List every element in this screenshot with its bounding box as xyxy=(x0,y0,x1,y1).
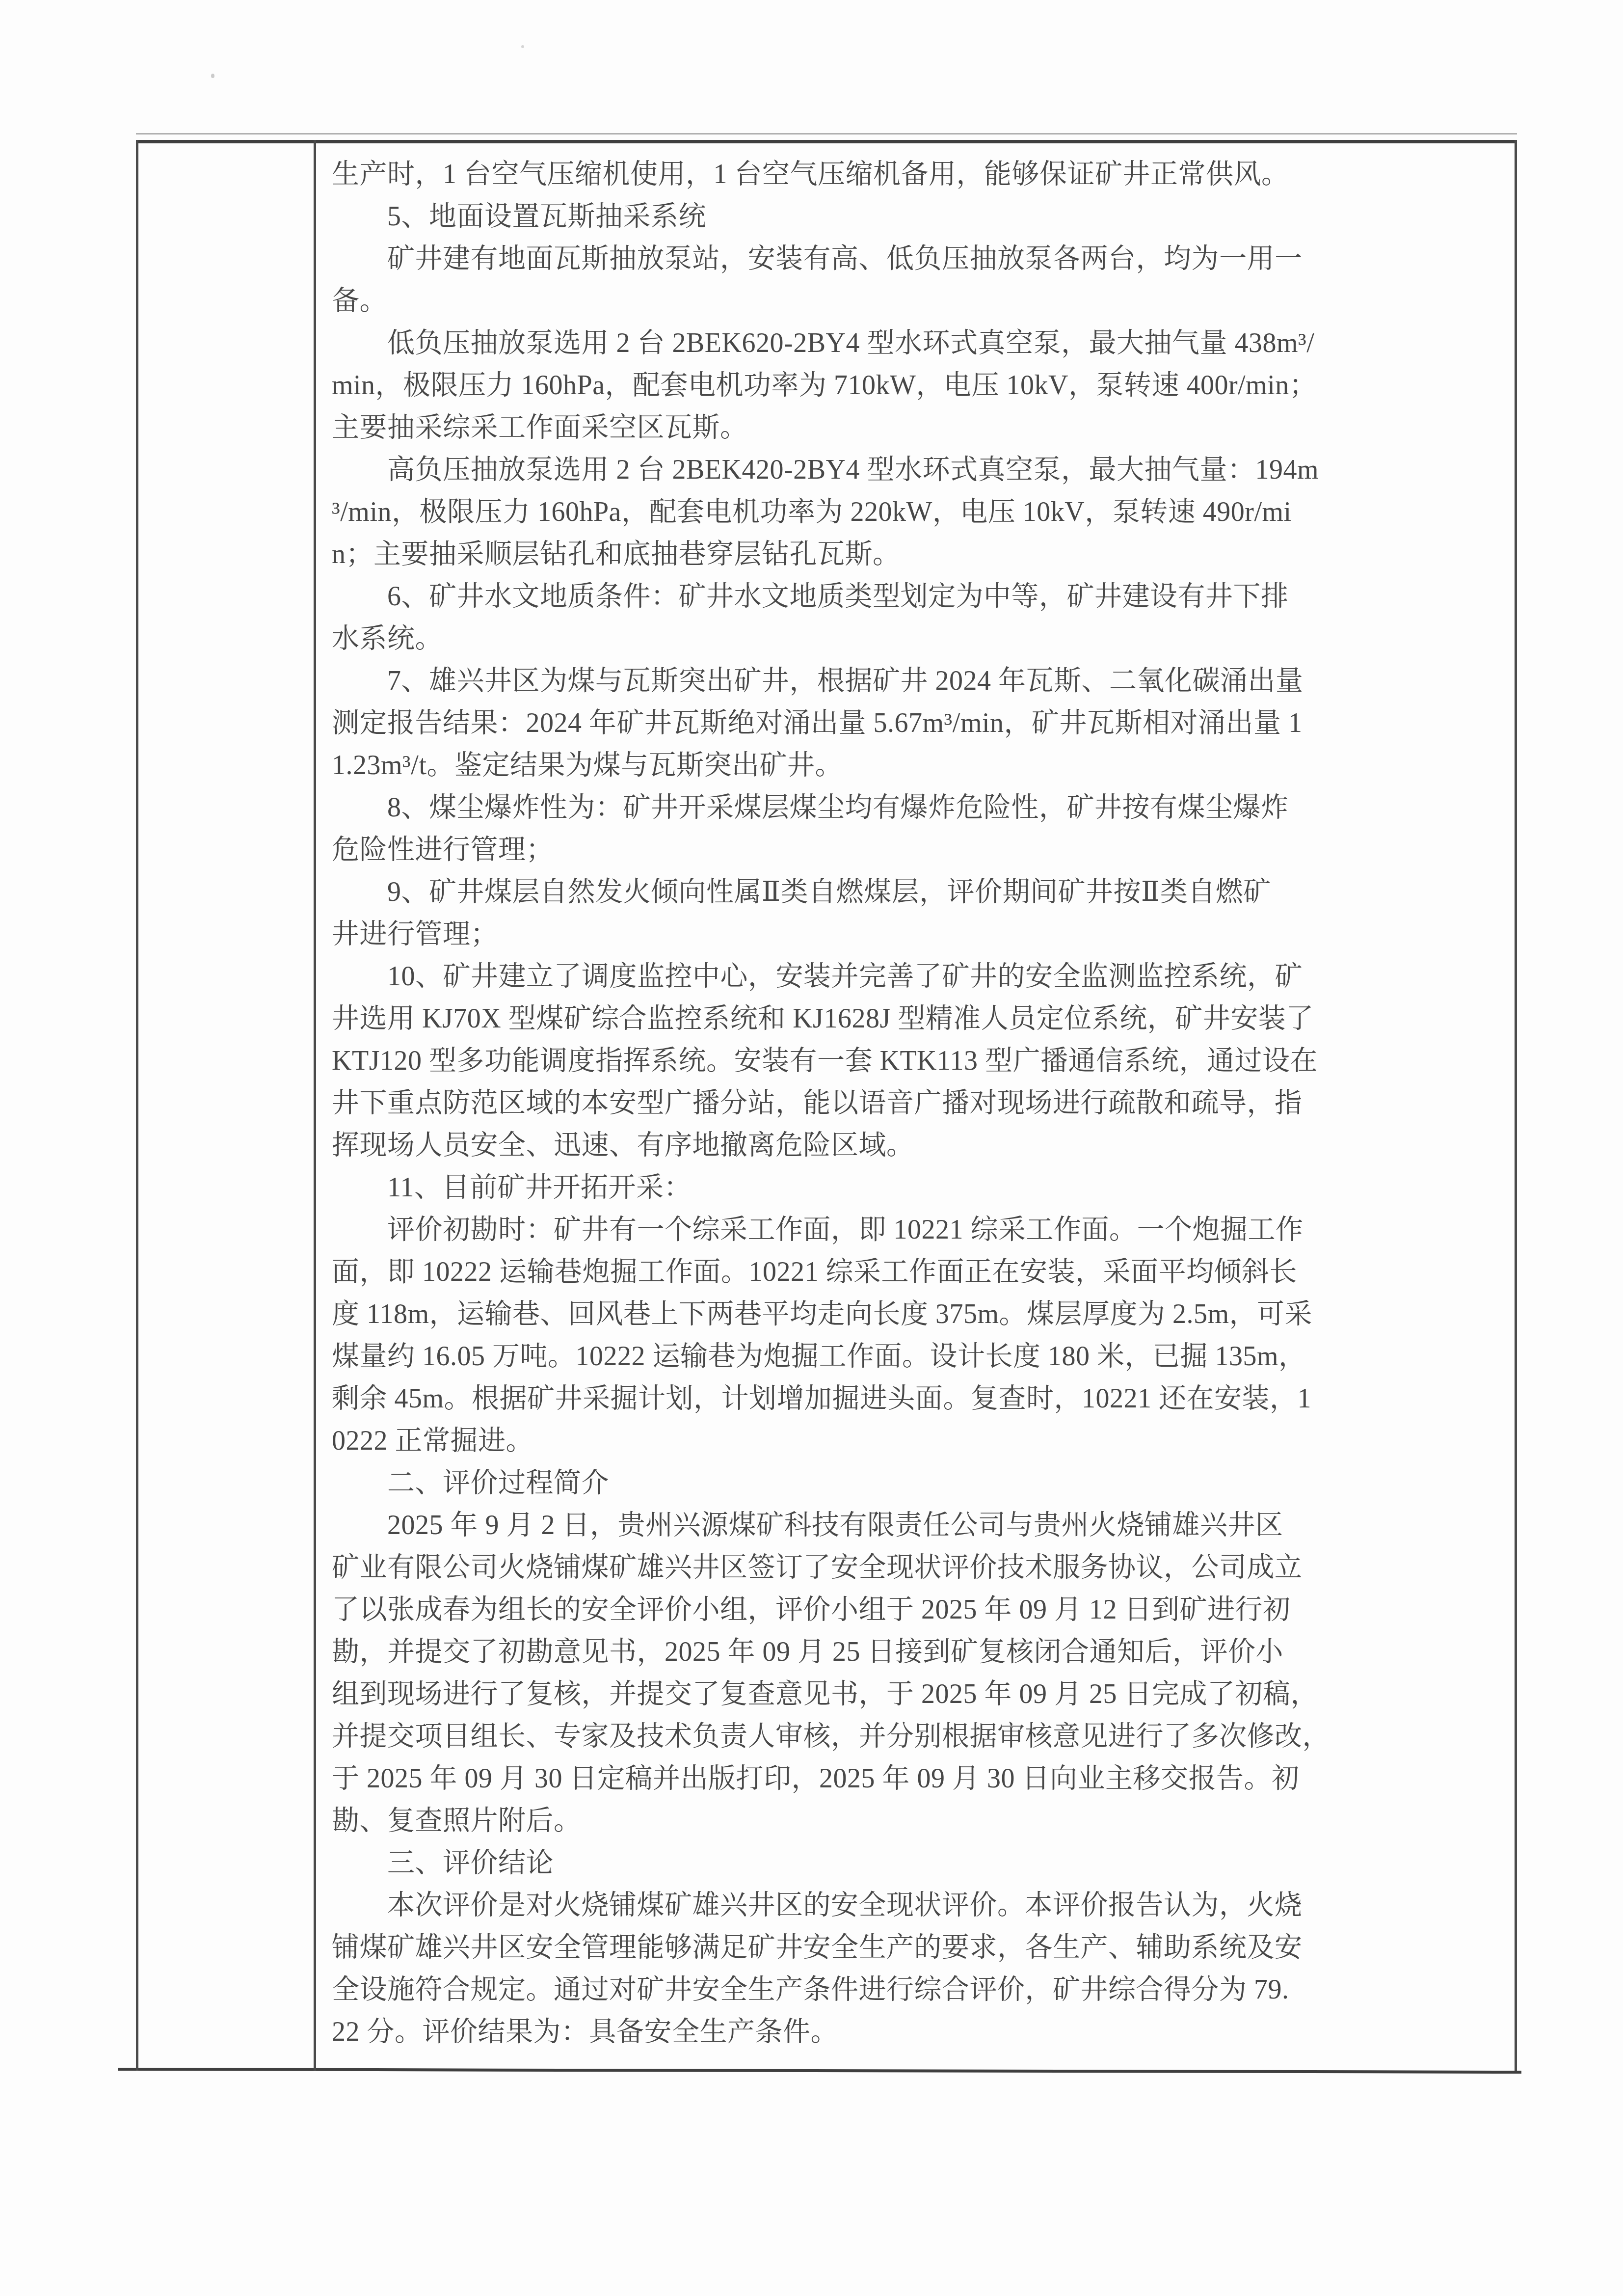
text-line: 挥现场人员安全、迅速、有序地撤离危险区域。 xyxy=(332,1124,1510,1166)
table-right-border xyxy=(1515,140,1517,2071)
text-line: min，极限压力 160hPa，配套电机功率为 710kW，电压 10kV，泵转… xyxy=(332,364,1510,406)
text-line: KTJ120 型多功能调度指挥系统。安装有一套 KTK113 型广播通信系统，通… xyxy=(332,1040,1510,1082)
text-line: 了以张成春为组长的安全评价小组，评价小组于 2025 年 09 月 12 日到矿… xyxy=(332,1589,1510,1631)
text-line: 度 118m，运输巷、回风巷上下两巷平均走向长度 375m。煤层厚度为 2.5m… xyxy=(332,1293,1510,1335)
text-line: 铺煤矿雄兴井区安全管理能够满足矿井安全生产的要求，各生产、辅助系统及安 xyxy=(332,1926,1510,1969)
text-line: 10、矿井建立了调度监控中心，安装并完善了矿井的安全监测监控系统，矿 xyxy=(332,955,1510,998)
text-line: 组到现场进行了复核，并提交了复查意见书，于 2025 年 09 月 25 日完成… xyxy=(332,1673,1510,1715)
table-top-border xyxy=(136,140,1517,143)
text-line: 矿业有限公司火烧铺煤矿雄兴井区签订了安全现状评价技术服务协议，公司成立 xyxy=(332,1546,1510,1589)
text-line: 井进行管理； xyxy=(332,913,1510,955)
text-line: 二、评价过程简介 xyxy=(332,1462,1510,1504)
text-line: 本次评价是对火烧铺煤矿雄兴井区的安全现状评价。本评价报告认为，火烧 xyxy=(332,1884,1510,1926)
table-bottom-border xyxy=(118,2068,1521,2074)
text-line: 井下重点防范区域的本安型广播分站，能以语音广播对现场进行疏散和疏导，指 xyxy=(332,1082,1510,1124)
text-line: 8、煤尘爆炸性为：矿井开采煤层煤尘均有爆炸危险性，矿井按有煤尘爆炸 xyxy=(332,786,1510,829)
text-line: 评价初勘时：矿井有一个综采工作面，即 10221 综采工作面。一个炮掘工作 xyxy=(332,1209,1510,1251)
row-label-cell xyxy=(138,143,314,2068)
text-line: 高负压抽放泵选用 2 台 2BEK420-2BY4 型水环式真空泵，最大抽气量：… xyxy=(332,449,1510,491)
text-line: 危险性进行管理； xyxy=(332,829,1510,871)
text-line: 9、矿井煤层自然发火倾向性属Ⅱ类自燃煤层，评价期间矿井按Ⅱ类自燃矿 xyxy=(332,871,1510,913)
text-line: 勘，并提交了初勘意见书，2025 年 09 月 25 日接到矿复核闭合通知后，评… xyxy=(332,1631,1510,1673)
table-top-border-ghost xyxy=(136,133,1517,135)
text-line: 矿井建有地面瓦斯抽放泵站，安装有高、低负压抽放泵各两台，均为一用一 xyxy=(332,238,1510,280)
text-line: 主要抽采综采工作面采空区瓦斯。 xyxy=(332,406,1510,449)
text-line: 低负压抽放泵选用 2 台 2BEK620-2BY4 型水环式真空泵，最大抽气量 … xyxy=(332,322,1510,364)
text-line: 6、矿井水文地质条件：矿井水文地质类型划定为中等，矿井建设有井下排 xyxy=(332,575,1510,618)
text-line: 于 2025 年 09 月 30 日定稿并出版打印，2025 年 09 月 30… xyxy=(332,1757,1510,1800)
text-line: 剩余 45m。根据矿井采掘计划，计划增加掘进头面。复查时，10221 还在安装，… xyxy=(332,1378,1510,1420)
text-line: 全设施符合规定。通过对矿井安全生产条件进行综合评价，矿井综合得分为 79. xyxy=(332,1969,1510,2011)
text-line: 备。 xyxy=(332,280,1510,322)
text-line: 面，即 10222 运输巷炮掘工作面。10221 综采工作面正在安装，采面平均倾… xyxy=(332,1251,1510,1293)
text-line: 1.23m³/t。鉴定结果为煤与瓦斯突出矿井。 xyxy=(332,744,1510,786)
text-line: 5、地面设置瓦斯抽采系统 xyxy=(332,195,1510,238)
text-line: 生产时，1 台空气压缩机使用，1 台空气压缩机备用，能够保证矿井正常供风。 xyxy=(332,153,1510,195)
text-line: 测定报告结果：2024 年矿井瓦斯绝对涌出量 5.67m³/min，矿井瓦斯相对… xyxy=(332,702,1510,744)
text-line: n；主要抽采顺层钻孔和底抽巷穿层钻孔瓦斯。 xyxy=(332,533,1510,575)
table-column-divider xyxy=(314,140,316,2071)
scanned-document-page: 生产时，1 台空气压缩机使用，1 台空气压缩机备用，能够保证矿井正常供风。 5、… xyxy=(0,0,1623,2296)
text-line: 煤量约 16.05 万吨。10222 运输巷为炮掘工作面。设计长度 180 米，… xyxy=(332,1335,1510,1378)
text-line: 0222 正常掘进。 xyxy=(332,1420,1510,1462)
text-line: 2025 年 9 月 2 日，贵州兴源煤矿科技有限责任公司与贵州火烧铺雄兴井区 xyxy=(332,1504,1510,1546)
text-line: 7、雄兴井区为煤与瓦斯突出矿井，根据矿井 2024 年瓦斯、二氧化碳涌出量 xyxy=(332,660,1510,702)
scan-speck xyxy=(521,45,524,48)
text-line: 三、评价结论 xyxy=(332,1842,1510,1884)
text-line: 11、目前矿井开拓开采： xyxy=(332,1166,1510,1209)
text-line: 并提交项目组长、专家及技术负责人审核，并分别根据审核意见进行了多次修改， xyxy=(332,1715,1510,1757)
text-line: 水系统。 xyxy=(332,618,1510,660)
scan-speck xyxy=(211,74,214,78)
text-line: ³/min，极限压力 160hPa，配套电机功率为 220kW，电压 10kV，… xyxy=(332,491,1510,533)
text-line: 勘、复查照片附后。 xyxy=(332,1800,1510,1842)
text-line: 22 分。评价结果为：具备安全生产条件。 xyxy=(332,2011,1510,2053)
text-line: 井选用 KJ70X 型煤矿综合监控系统和 KJ1628J 型精准人员定位系统，矿… xyxy=(332,998,1510,1040)
table-content-cell: 生产时，1 台空气压缩机使用，1 台空气压缩机备用，能够保证矿井正常供风。 5、… xyxy=(332,153,1510,2053)
